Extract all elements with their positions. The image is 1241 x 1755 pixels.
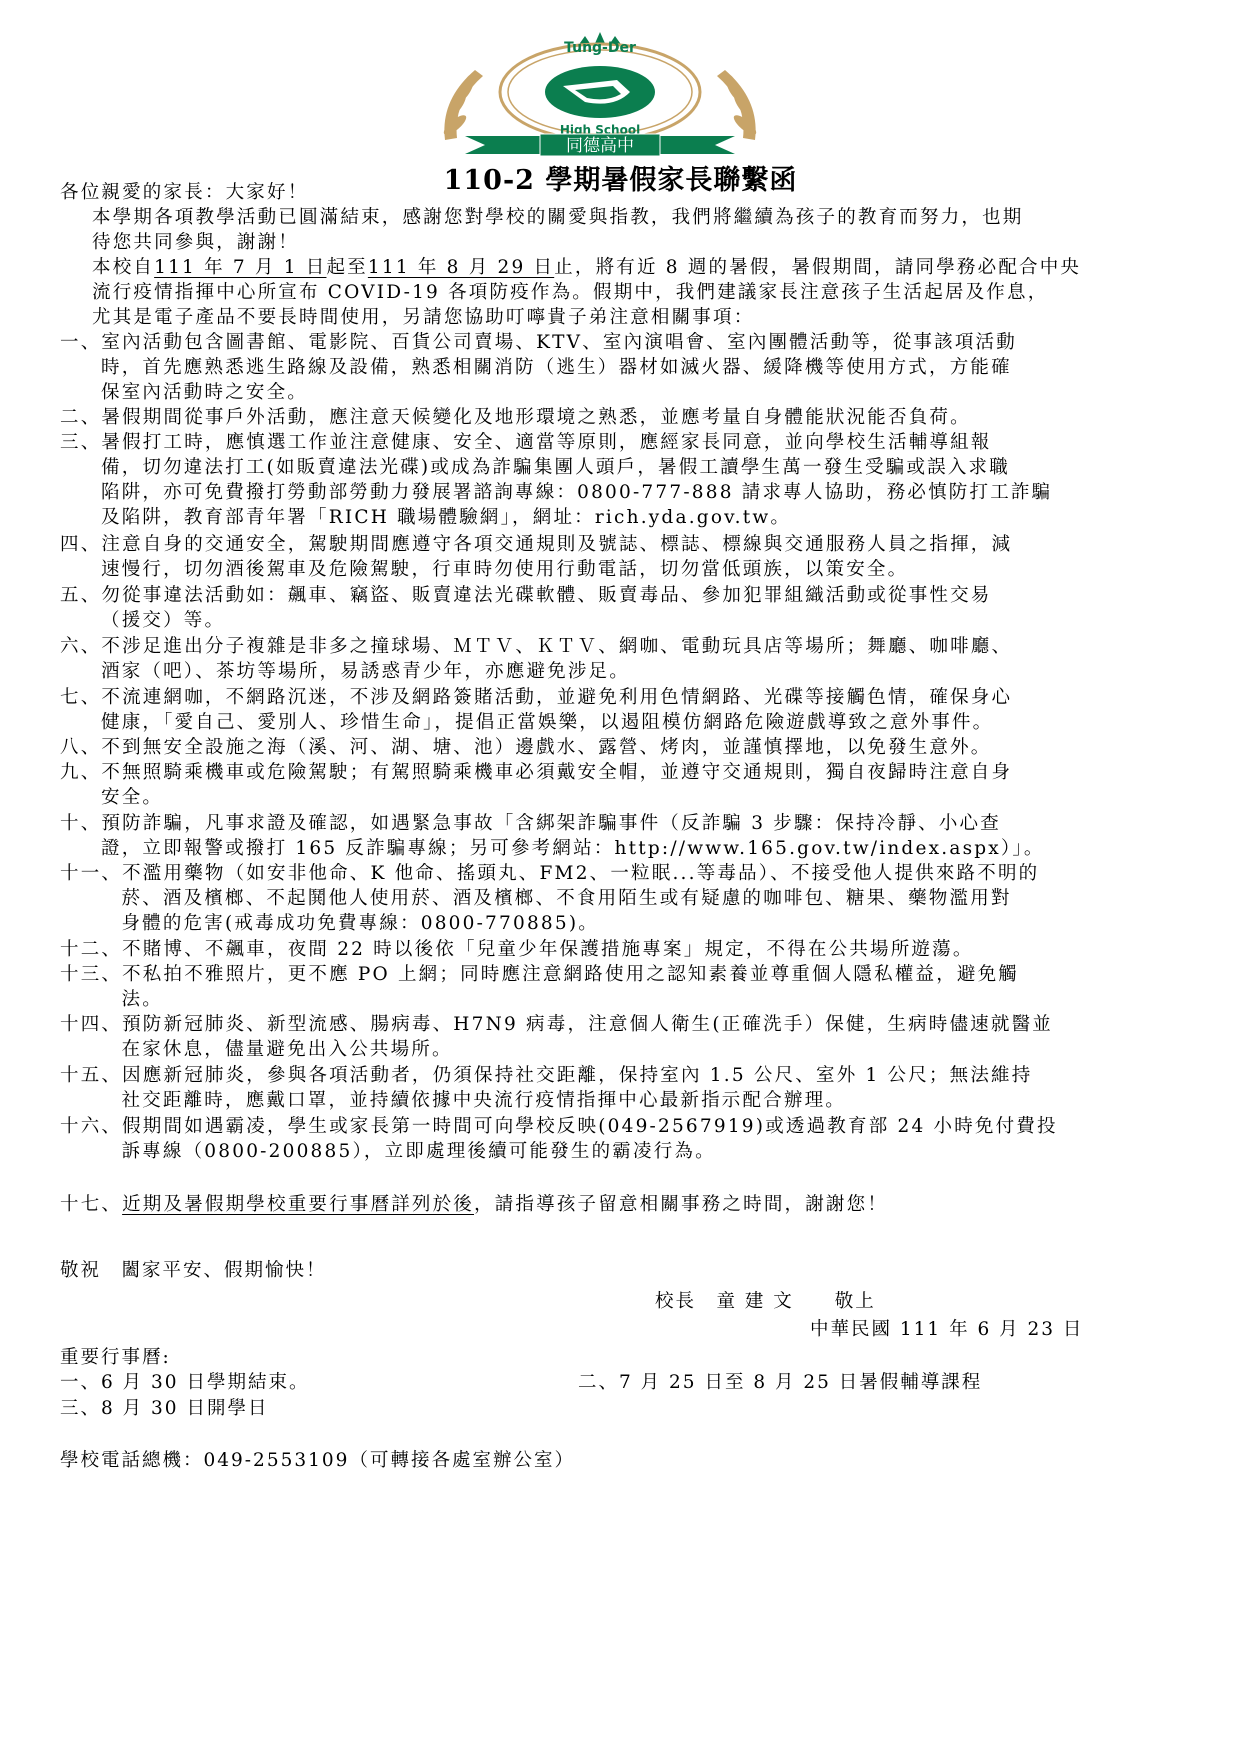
svg-text:Tung-Der: Tung-Der [564, 40, 636, 56]
item-number: 十、 [60, 813, 101, 834]
school-logo: Tung-Der High School 同德高中 [435, 30, 765, 158]
list-item-continuation: 法。 [122, 985, 163, 1011]
list-item-continuation: 酒家（吧）、茶坊等場所，易誘惑青少年，亦應避免涉足。 [101, 657, 630, 683]
list-item-continuation: 健康，「愛自己、愛別人、珍惜生命」，提倡正當娛樂，以遏阻模仿網路危險遊戲導致之意… [101, 708, 993, 734]
list-item-continuation: 訴專線（0800-200885），立即處理後續可能發生的霸凌行為。 [122, 1137, 716, 1163]
item-number: 十五、 [60, 1065, 122, 1086]
item-number: 十二、 [60, 939, 122, 960]
start-date: 111 年 7 月 1 日 [154, 257, 326, 278]
list-item: 十一、不濫用藥物（如安非他命、K 他命、搖頭丸、FM2、一粒眠...等毒品）、不… [60, 859, 1039, 885]
list-item-17: 十七、近期及暑假期學校重要行事曆詳列於後，請指導孩子留意相關事務之時間，謝謝您！ [60, 1190, 888, 1216]
list-item: 一、室內活動包含圖書館、電影院、百貨公司賣場、KTV、室內演唱會、室內團體活動等… [60, 328, 1017, 354]
list-item-continuation: （援交）等。 [101, 606, 225, 632]
list-item: 五、勿從事違法活動如：飆車、竊盜、販賣違法光碟軟體、販賣毒品、參加犯罪組織活動或… [60, 581, 992, 607]
list-item-continuation: 保室內活動時之安全。 [101, 378, 308, 404]
item-number: 十四、 [60, 1014, 122, 1035]
signature: 校長 童 建 文 敬上 [655, 1287, 876, 1313]
list-item: 十三、不私拍不雅照片，更不應 PO 上網；同時應注意網路使用之認知素養並尊重個人… [60, 960, 1019, 986]
intro-line: 待您共同參與，謝謝！ [92, 228, 299, 254]
school-phone: 學校電話總機：049-2553109（可轉接各處室辦公室） [60, 1446, 575, 1472]
list-item: 十二、不賭博、不飆車，夜間 22 時以後依「兒童少年保護措施專案」規定，不得在公… [60, 935, 974, 961]
calendar-entry: 二、7 月 25 日至 8 月 25 日暑假輔導課程 [578, 1368, 982, 1394]
list-item: 二、暑假期間從事戶外活動，應注意天候變化及地形環境之熟悉，並應考量自身體能狀況能… [60, 403, 971, 429]
intro-dates-line: 本校自111 年 7 月 1 日起至111 年 8 月 29 日止，將有近 8 … [92, 253, 1081, 279]
item-number: 五、 [60, 585, 101, 606]
item-number: 一、 [60, 332, 101, 353]
item-number: 七、 [60, 687, 101, 708]
list-item-continuation: 安全。 [101, 783, 163, 809]
item-number: 三、 [60, 432, 101, 453]
list-item-continuation: 身體的危害(戒毒成功免費專線：0800-770885)。 [122, 909, 600, 935]
list-item: 九、不無照騎乘機車或危險駕駛；有駕照騎乘機車必須戴安全帽，並遵守交通規則，獨自夜… [60, 758, 1012, 784]
list-item: 四、注意自身的交通安全，駕駛期間應遵守各項交通規則及號誌、標誌、標線與交通服務人… [60, 530, 1012, 556]
calendar-entry: 三、8 月 30 日開學日 [60, 1394, 268, 1420]
item-number: 十六、 [60, 1116, 122, 1137]
item-number: 十三、 [60, 964, 122, 985]
closing-wish: 敬祝 闔家平安、假期愉快！ [60, 1256, 327, 1282]
list-item: 七、不流連網咖，不網路沉迷，不涉及網路簽賭活動，並避免利用色情網路、光碟等接觸色… [60, 683, 1012, 709]
greeting: 各位親愛的家長：大家好！ [60, 178, 308, 204]
list-item: 六、不涉足進出分子複雜是非多之撞球場、ＭＴＶ、ＫＴＶ、網咖、電動玩具店等場所；舞… [60, 632, 1012, 658]
intro-line: 流行疫情指揮中心所宣布 COVID-19 各項防疫作為。假期中，我們建議家長注意… [92, 278, 1048, 304]
intro-line: 本學期各項教學活動已圓滿結束，感謝您對學校的關愛與指教，我們將繼續為孩子的教育而… [92, 203, 1024, 229]
list-item: 八、不到無安全設施之海（溪、河、湖、塘、池）邊戲水、露營、烤肉，並謹慎擇地，以免… [60, 733, 992, 759]
calendar-heading: 重要行事曆: [60, 1343, 171, 1369]
list-item: 十六、假期間如遇霸凌，學生或家長第一時間可向學校反映(049-2567919)或… [60, 1112, 1058, 1138]
end-date: 111 年 8 月 29 日 [368, 257, 554, 278]
list-item: 三、暑假打工時，應慎選工作並注意健康、安全、適當等原則，應經家長同意，並向學校生… [60, 428, 992, 454]
intro-line: 尤其是電子產品不要長時間使用，另請您協助叮嚀貴子弟注意相關事項： [92, 303, 754, 329]
list-item: 十四、預防新冠肺炎、新型流感、腸病毒、H7N9 病毒，注意個人衛生(正確洗手）保… [60, 1010, 1053, 1036]
item-number: 八、 [60, 737, 101, 758]
item-number: 四、 [60, 534, 101, 555]
list-item-continuation: 菸、酒及檳榔、不起鬨他人使用菸、酒及檳榔、不食用陌生或有疑慮的咖啡包、糖果、藥物… [122, 884, 1012, 910]
logo-banner: 同德高中 [566, 136, 634, 156]
item-number: 六、 [60, 636, 101, 657]
list-item: 十、預防詐騙，凡事求證及確認，如遇緊急事故「含綁架詐騙事件（反詐騙 3 步驟：保… [60, 809, 1001, 835]
item-number: 十一、 [60, 863, 122, 884]
calendar-entry: 一、6 月 30 日學期結束。 [60, 1368, 309, 1394]
list-item-continuation: 時，首先應熟悉逃生路線及設備，熟悉相關消防（逃生）器材如滅火器、緩降機等使用方式… [101, 353, 1012, 379]
list-item-continuation: 備，切勿違法打工(如販賣違法光碟)或成為詐騙集團人頭戶，暑假工讀學生萬一發生受騙… [101, 453, 1010, 479]
list-item-continuation: 陷阱，亦可免費撥打勞動部勞動力發展署諮詢專線：0800-777-888 請求專人… [101, 478, 1052, 504]
list-item-continuation: 速慢行，切勿酒後駕車及危險駕駛，行車時勿使用行動電話，切勿當低頭族，以策安全。 [101, 555, 908, 581]
list-item-continuation: 社交距離時，應戴口罩，並持續依據中央流行疫情指揮中心最新指示配合辦理。 [122, 1086, 847, 1112]
list-item-continuation: 在家休息，儘量避免出入公共場所。 [122, 1035, 453, 1061]
list-item-continuation: 證，立即報警或撥打 165 反詐騙專線；另可參考網站：http://www.16… [101, 834, 1045, 860]
item-number: 九、 [60, 762, 101, 783]
letter-date: 中華民國 111 年 6 月 23 日 [810, 1315, 1083, 1341]
list-item-continuation: 及陷阱，教育部青年署「RICH 職場體驗網」，網址：rich.yda.gov.t… [101, 503, 791, 529]
list-item: 十五、因應新冠肺炎，參與各項活動者，仍須保持社交距離，保持室內 1.5 公尺、室… [60, 1061, 1032, 1087]
item-number: 二、 [60, 407, 101, 428]
